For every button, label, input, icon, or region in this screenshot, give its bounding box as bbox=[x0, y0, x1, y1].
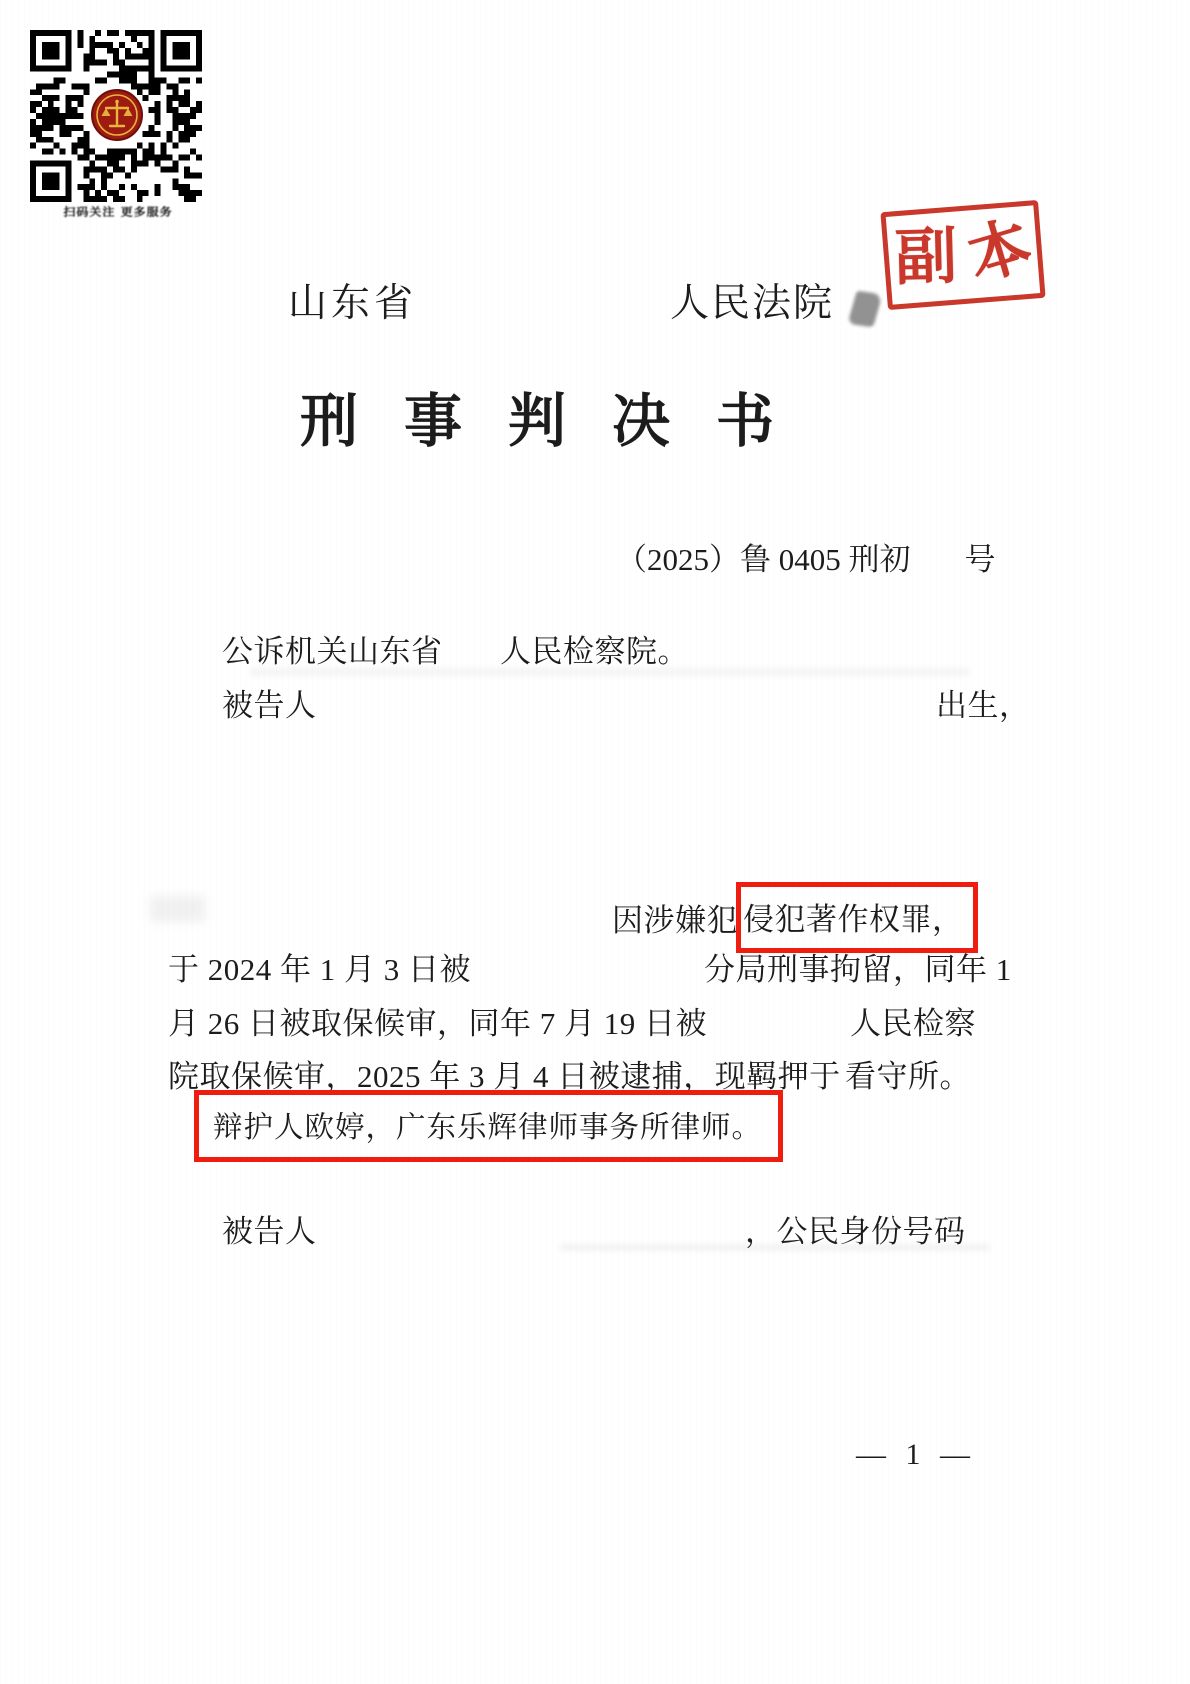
prosecution-line-left: 公诉机关山东省 bbox=[222, 626, 443, 671]
charge-highlight-box: 侵犯著作权罪， bbox=[736, 882, 978, 953]
defendant2-line-right: ，公民身份号码 bbox=[745, 1206, 966, 1251]
detention-line-right: 分局刑事拘留，同年 1 bbox=[704, 944, 1012, 989]
scan-artifact bbox=[150, 896, 205, 922]
detention-line-left: 于 2024 年 1 月 3 日被 bbox=[168, 944, 471, 989]
defendant2-line-left: 被告人 bbox=[222, 1206, 317, 1251]
charge-prefix: 因涉嫌犯 bbox=[612, 895, 738, 940]
document-title: 刑事判决书 bbox=[300, 374, 820, 458]
arrest-line-right: 看守所。 bbox=[845, 1051, 971, 1096]
bail-line-left: 月 26 日被取保候审，同年 7 月 19 日被 bbox=[168, 998, 707, 1043]
scan-artifact bbox=[847, 291, 882, 328]
court-emblem-icon bbox=[90, 88, 144, 142]
defender-highlight-box: 辩护人欧婷，广东乐辉律师事务所律师。 bbox=[194, 1090, 783, 1162]
case-number: （2025）鲁 0405 刑初号 bbox=[616, 534, 996, 579]
case-number-main: （2025）鲁 0405 刑初 bbox=[616, 542, 911, 577]
prosecution-line-right: 人民检察院。 bbox=[500, 626, 689, 671]
duplicate-copy-stamp: 副 本 bbox=[880, 200, 1045, 310]
court-province: 山东省 bbox=[288, 272, 417, 328]
charge-line: 因涉嫌犯 侵犯著作权罪， bbox=[612, 882, 978, 953]
defendant-line-left: 被告人 bbox=[222, 680, 317, 725]
court-suffix: 人民法院 bbox=[670, 272, 834, 328]
stamp-char: 本 bbox=[961, 214, 1038, 291]
qr-code-block: 扫码关注 更多服务 bbox=[30, 30, 206, 220]
qr-caption: 扫码关注 更多服务 bbox=[30, 204, 206, 220]
page-number: — 1 — bbox=[856, 1438, 976, 1472]
bail-line-right: 人民检察 bbox=[850, 998, 976, 1043]
judgment-document-page: 扫码关注 更多服务 副 本 山东省 人民法院 刑事判决书 （2025）鲁 040… bbox=[0, 0, 1190, 1684]
stamp-char: 副 bbox=[894, 226, 958, 290]
case-number-suffix: 号 bbox=[965, 542, 996, 577]
defendant-line-right: 出生， bbox=[936, 680, 1031, 725]
